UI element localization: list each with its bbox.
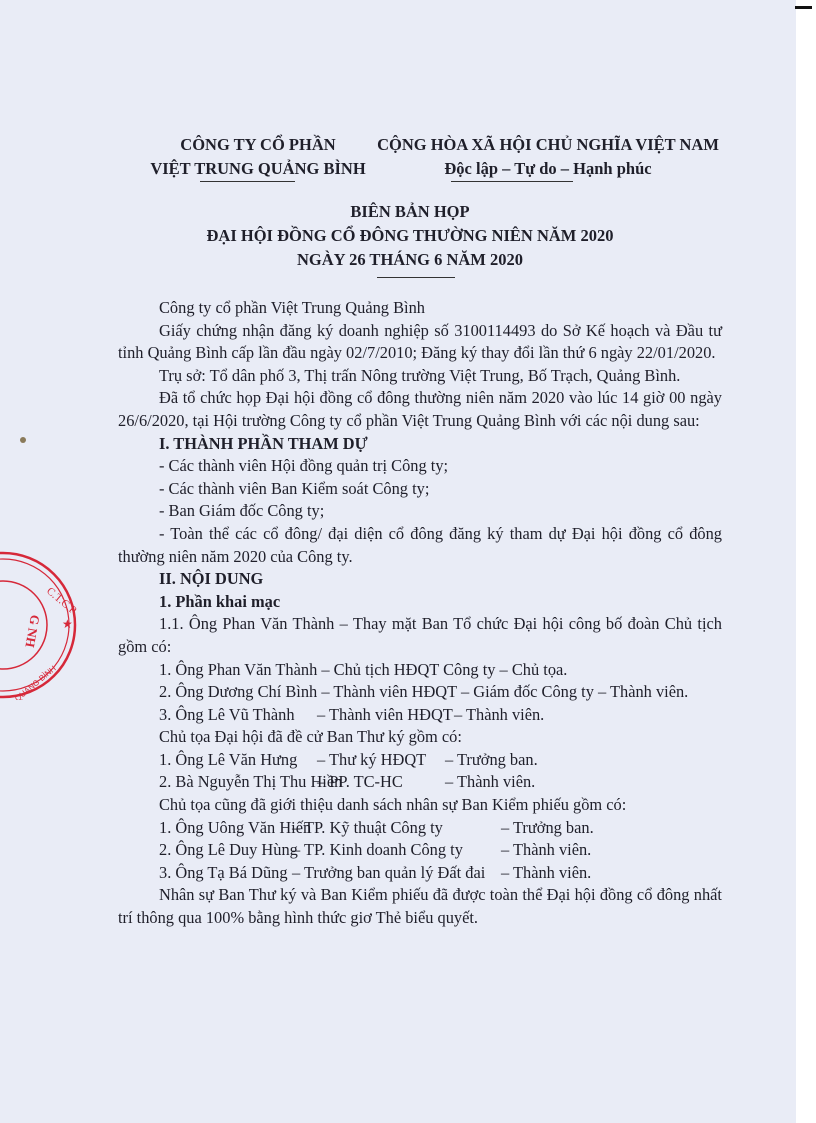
- member-role: – Thành viên.: [454, 704, 544, 727]
- company-seal-stamp: C.T.C.P ★ G NH QUẢNG BÌNH: [0, 550, 78, 700]
- title-line1: BIÊN BẢN HỌP: [120, 200, 700, 224]
- member-name: 2. Bà Nguyễn Thị Thu Hiền: [159, 771, 317, 794]
- member-position: – PP. TC-HC: [317, 771, 445, 794]
- title-underline: [377, 277, 455, 278]
- approval-paragraph: Nhân sự Ban Thư ký và Ban Kiểm phiếu đã …: [118, 884, 722, 929]
- company-header-line1: CÔNG TY CỔ PHẦN: [128, 133, 388, 157]
- document-body: Công ty cổ phần Việt Trung Quảng Bình Gi…: [118, 297, 722, 930]
- secretariat-intro: Chủ tọa Đại hội đã đề cử Ban Thư ký gồm …: [118, 726, 722, 749]
- member-name: 3. Ông Tạ Bá Dũng: [159, 862, 292, 885]
- scan-corner-mark: [795, 6, 812, 9]
- member-name: 2. Ông Lê Duy Hùng: [159, 839, 292, 862]
- national-header-line1: CỘNG HÒA XÃ HỘI CHỦ NGHĨA VIỆT NAM: [358, 133, 738, 157]
- attendee-item: - Toàn thể các cổ đông/ đại diện cổ đông…: [118, 523, 722, 568]
- counting-intro: Chủ tọa cũng đã giới thiệu danh sách nhâ…: [118, 794, 722, 817]
- title-line3: NGÀY 26 THÁNG 6 NĂM 2020: [120, 248, 700, 272]
- document-title: BIÊN BẢN HỌP ĐẠI HỘI ĐỒNG CỔ ĐÔNG THƯỜNG…: [120, 200, 700, 272]
- stamp-text-mid: G NH: [22, 614, 42, 649]
- stamp-text-outer: C.T.C.P: [44, 585, 78, 617]
- scan-speck: [20, 437, 26, 443]
- meeting-paragraph: Đã tổ chức họp Đại hội đồng cổ đông thườ…: [118, 387, 722, 432]
- member-name: 1. Ông Lê Văn Hưng: [159, 749, 317, 772]
- svg-text:★: ★: [62, 617, 73, 631]
- member-position: – TP. Kinh doanh Công ty: [292, 839, 501, 862]
- section1-heading: I. THÀNH PHẦN THAM DỰ: [118, 433, 722, 456]
- member-role: – Thành viên.: [501, 839, 591, 862]
- national-motto-underline: [451, 181, 573, 182]
- title-line2: ĐẠI HỘI ĐỒNG CỔ ĐÔNG THƯỜNG NIÊN NĂM 202…: [120, 224, 700, 248]
- secretariat-member: 1. Ông Lê Văn Hưng – Thư ký HĐQT – Trưởn…: [118, 749, 722, 772]
- presidium-member: 3. Ông Lê Vũ Thành – Thành viên HĐQT – T…: [118, 704, 722, 727]
- company-name: Công ty cổ phần Việt Trung Quảng Bình: [118, 297, 722, 320]
- attendee-item: - Ban Giám đốc Công ty;: [118, 500, 722, 523]
- section2-heading: II. NỘI DUNG: [118, 568, 722, 591]
- national-motto: Độc lập – Tự do – Hạnh phúc: [358, 157, 738, 181]
- company-header-line2: VIỆT TRUNG QUẢNG BÌNH: [128, 157, 388, 181]
- counting-member: 3. Ông Tạ Bá Dũng – Trưởng ban quản lý Đ…: [118, 862, 722, 885]
- member-role: – Trưởng ban.: [501, 817, 594, 840]
- attendee-item: - Các thành viên Hội đồng quản trị Công …: [118, 455, 722, 478]
- counting-member: 2. Ông Lê Duy Hùng – TP. Kinh doanh Công…: [118, 839, 722, 862]
- address-paragraph: Trụ sở: Tổ dân phố 3, Thị trấn Nông trườ…: [118, 365, 722, 388]
- presidium-member: 1. Ông Phan Văn Thành – Chủ tịch HĐQT Cô…: [118, 659, 722, 682]
- member-position: – TP. Kỹ thuật Công ty: [292, 817, 501, 840]
- document-page: C.T.C.P ★ G NH QUẢNG BÌNH CÔNG TY CỔ PHẦ…: [0, 0, 796, 1123]
- member-position: – Trưởng ban quản lý Đất đai: [292, 862, 501, 885]
- member-role: – Thành viên.: [445, 771, 535, 794]
- member-position: – Thư ký HĐQT: [317, 749, 445, 772]
- attendee-item: - Các thành viên Ban Kiểm soát Công ty;: [118, 478, 722, 501]
- member-name: 3. Ông Lê Vũ Thành: [159, 704, 317, 727]
- member-name: 1. Ông Uông Văn Hiến: [159, 817, 292, 840]
- company-header: CÔNG TY CỔ PHẦN VIỆT TRUNG QUẢNG BÌNH: [128, 133, 388, 181]
- stamp-text-bottom: QUẢNG BÌNH: [13, 664, 58, 700]
- member-position: – Thành viên HĐQT: [317, 704, 454, 727]
- counting-member: 1. Ông Uông Văn Hiến – TP. Kỹ thuật Công…: [118, 817, 722, 840]
- license-paragraph: Giấy chứng nhận đăng ký doanh nghiệp số …: [118, 320, 722, 365]
- presidium-member: 2. Ông Dương Chí Bình – Thành viên HĐQT …: [118, 681, 722, 704]
- page-margin: [796, 0, 816, 1123]
- company-header-underline: [200, 181, 295, 182]
- secretariat-member: 2. Bà Nguyễn Thị Thu Hiền – PP. TC-HC – …: [118, 771, 722, 794]
- member-role: – Trưởng ban.: [445, 749, 538, 772]
- opening-subheading: 1. Phần khai mạc: [118, 591, 722, 614]
- national-header: CỘNG HÒA XÃ HỘI CHỦ NGHĨA VIỆT NAM Độc l…: [358, 133, 738, 181]
- member-role: – Thành viên.: [501, 862, 591, 885]
- presidium-intro: 1.1. Ông Phan Văn Thành – Thay mặt Ban T…: [118, 613, 722, 658]
